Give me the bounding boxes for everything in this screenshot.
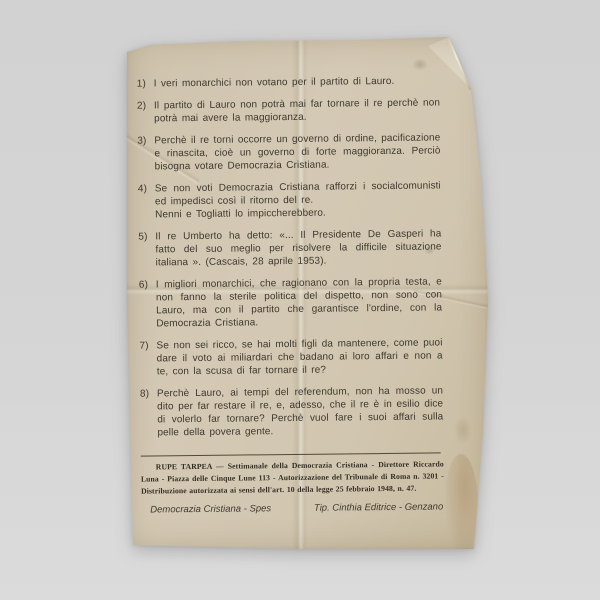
list-item-8: 8)Perchè Lauro, ai tempi del referendum,… xyxy=(140,384,444,439)
publisher-left: Democrazia Cristiana - Spes xyxy=(150,503,271,517)
list-item-5: 5)Il re Umberto ha detto: «... Il Presid… xyxy=(138,227,441,269)
list-item-3: 3)Perchè il re torni occorre un governo … xyxy=(137,131,440,173)
item-text: I veri monarchici non votano per il part… xyxy=(154,76,395,90)
item-text: I migliori monarchici, che ragionano con… xyxy=(156,276,442,329)
item-text: Se non sei ricco, se hai molti figli da … xyxy=(156,337,442,377)
item-number: 1) xyxy=(137,77,154,90)
item-text: Perchè il re torni occorre un governo di… xyxy=(154,132,440,172)
publisher-row: Democrazia Cristiana - Spes Tip. Cinthia… xyxy=(141,501,444,517)
list-item-6: 6)I migliori monarchici, che ragionano c… xyxy=(139,275,443,330)
imprint-text: RUPE TARPEA — Settimanale della Democraz… xyxy=(141,458,444,497)
item-number: 7) xyxy=(139,339,156,352)
item-number: 2) xyxy=(137,99,154,112)
item-number: 5) xyxy=(138,230,155,243)
list-item-7: 7)Se non sei ricco, se hai molti figli d… xyxy=(139,336,442,378)
item-text: Se non voti Democrazia Cristiana rafforz… xyxy=(155,180,441,207)
leaflet-paper: 1)I veri monarchici non votano per il pa… xyxy=(126,36,489,550)
item-number: 8) xyxy=(140,387,157,400)
list-item-4: 4)Se non voti Democrazia Cristiana raffo… xyxy=(138,179,441,221)
paper-stain xyxy=(454,416,472,444)
photo-background: 1)I veri monarchici non votano per il pa… xyxy=(0,0,600,600)
folded-corner-crease xyxy=(447,37,471,90)
list-item-2: 2)Il partito di Lauro non potrà mai far … xyxy=(137,96,440,125)
paper-stain xyxy=(444,454,478,558)
item-number: 6) xyxy=(139,278,156,291)
leaflet-content: 1)I veri monarchici non votano per il pa… xyxy=(137,74,445,517)
divider-rule xyxy=(141,452,441,456)
item-text-line2: Nenni e Togliatti lo impiccherebbero. xyxy=(155,205,441,221)
item-number: 3) xyxy=(137,134,154,147)
item-number: 4) xyxy=(138,182,155,195)
item-text: Il partito di Lauro non potrà mai far to… xyxy=(154,97,440,124)
item-text: Il re Umberto ha detto: «... Il Presiden… xyxy=(155,228,441,268)
paper-smudge xyxy=(412,58,428,71)
item-text: Perchè Lauro, ai tempi del referendum, n… xyxy=(157,385,443,438)
list-item-1: 1)I veri monarchici non votano per il pa… xyxy=(137,74,440,90)
leaflet-photo: 1)I veri monarchici non votano per il pa… xyxy=(0,0,600,600)
publisher-right: Tip. Cinthia Editrice - Genzano xyxy=(314,501,443,515)
